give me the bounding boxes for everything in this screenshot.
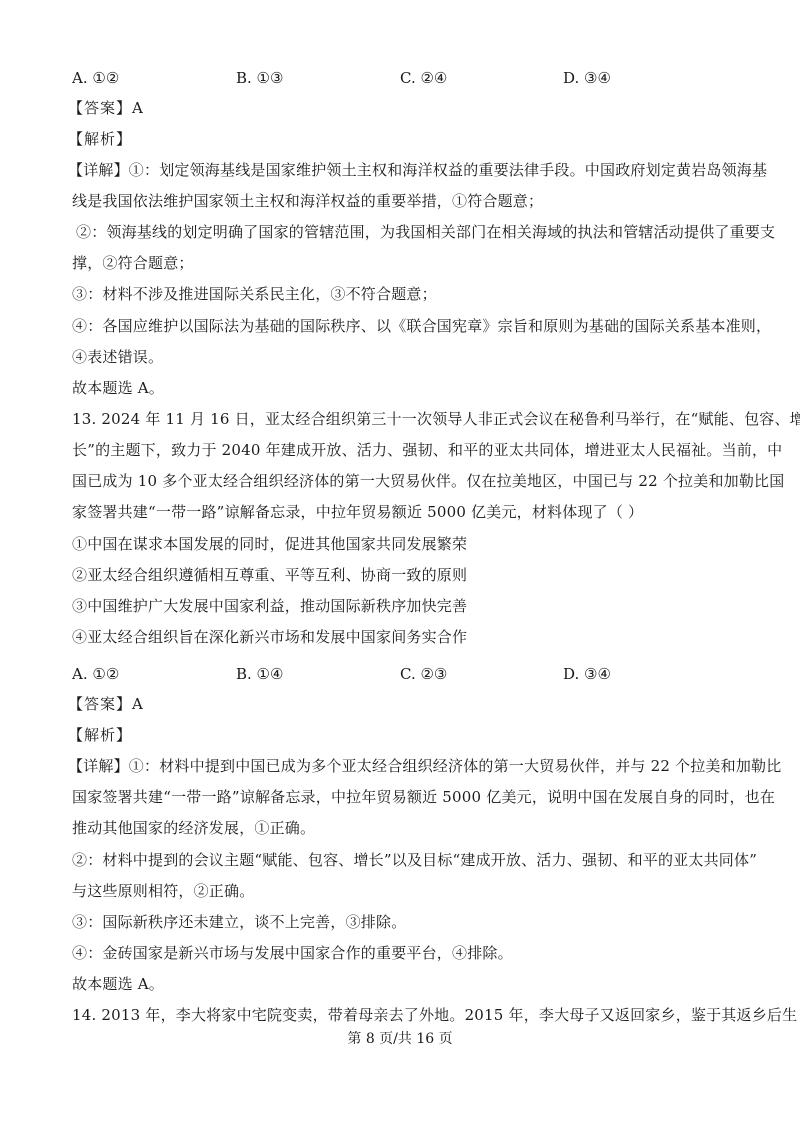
q12-detail-line: ④表述错误。 — [72, 348, 732, 366]
document-page: A. ①② B. ①③ C. ②④ D. ③④ 【答案】A 【解析】 【详解】①… — [0, 0, 800, 1131]
q13-detail-line: ③：国际新秩序还未建立，谈不上完善，③排除。 — [72, 913, 732, 931]
q12-option-a: A. ①② — [72, 69, 119, 87]
q13-answer: 【答案】A — [68, 695, 728, 713]
q13-stem-line: 国已成为 10 多个亚太经合组织经济体的第一大贸易伙伴。仅在拉美地区，中国已与 … — [72, 472, 732, 490]
q13-option-d: D. ③④ — [563, 665, 611, 683]
q12-option-b: B. ①③ — [236, 69, 283, 87]
q13-detail-line: 推动其他国家的经济发展，①正确。 — [72, 819, 732, 837]
q13-stem-line: 长”的主题下，致力于 2040 年建成开放、活力、强韧、和平的亚太共同体，增进亚… — [72, 441, 732, 459]
q14-stem-line: 14. 2013 年，李大将家中宅院变卖，带着母亲去了外地。2015 年，李大母… — [72, 1006, 732, 1024]
q12-options-row: A. ①② B. ①③ C. ②④ D. ③④ — [72, 69, 732, 87]
q13-detail-line: ②：材料中提到的会议主题“赋能、包容、增长”以及目标“建成开放、活力、强韧、和平… — [72, 851, 732, 869]
q13-analysis-label: 【解析】 — [68, 726, 728, 744]
q13-statement: ③中国维护广大发展中国家利益，推动国际新秩序加快完善 — [72, 597, 732, 615]
q13-detail-line: 【详解】①：材料中提到中国已成为多个亚太经合组织经济体的第一大贸易伙伴，并与 2… — [68, 757, 728, 775]
q12-detail-line: ②：领海基线的划定明确了国家的管辖范围，为我国相关部门在相关海域的执法和管辖活动… — [76, 223, 736, 241]
q12-option-c: C. ②④ — [400, 69, 447, 87]
q13-options-row: A. ①② B. ①④ C. ②③ D. ③④ — [72, 665, 732, 683]
q12-detail-line: 【详解】①：划定领海基线是国家维护领土主权和海洋权益的重要法律手段。中国政府划定… — [68, 161, 728, 179]
q12-detail-line: 撑，②符合题意； — [72, 254, 732, 272]
q13-statement: ①中国在谋求本国发展的同时，促进其他国家共同发展繁荣 — [72, 535, 732, 553]
q13-detail-line: 与这些原则相符，②正确。 — [72, 882, 732, 900]
q13-stem-line: 13. 2024 年 11 月 16 日，亚太经合组织第三十一次领导人非正式会议… — [72, 410, 732, 428]
q12-option-d: D. ③④ — [563, 69, 611, 87]
q13-option-c: C. ②③ — [400, 665, 447, 683]
page-number-footer: 第 8 页/共 16 页 — [0, 1031, 800, 1048]
q12-analysis-label: 【解析】 — [68, 130, 728, 148]
q12-detail-line: ③：材料不涉及推进国际关系民主化，③不符合题意； — [72, 285, 732, 303]
q13-detail-line: 国家签署共建“一带一路”谅解备忘录，中拉年贸易额近 5000 亿美元，说明中国在… — [72, 788, 732, 806]
q13-option-a: A. ①② — [72, 665, 119, 683]
q13-statement: ④亚太经合组织旨在深化新兴市场和发展中国家间务实合作 — [72, 628, 732, 646]
q13-conclusion: 故本题选 A。 — [72, 975, 732, 993]
q12-detail-line: ④：各国应维护以国际法为基础的国际秩序、以《联合国宪章》宗旨和原则为基础的国际关… — [72, 317, 732, 335]
q13-detail-line: ④：金砖国家是新兴市场与发展中国家合作的重要平台，④排除。 — [72, 944, 732, 962]
q13-stem-line: 家签署共建“一带一路”谅解备忘录，中拉年贸易额近 5000 亿美元，材料体现了（… — [72, 503, 732, 521]
q13-option-b: B. ①④ — [236, 665, 283, 683]
q13-statement: ②亚太经合组织遵循相互尊重、平等互利、协商一致的原则 — [72, 566, 732, 584]
q12-conclusion: 故本题选 A。 — [72, 379, 732, 397]
q12-answer: 【答案】A — [68, 99, 728, 117]
q12-detail-line: 线是我国依法维护国家领土主权和海洋权益的重要举措，①符合题意； — [72, 192, 732, 210]
